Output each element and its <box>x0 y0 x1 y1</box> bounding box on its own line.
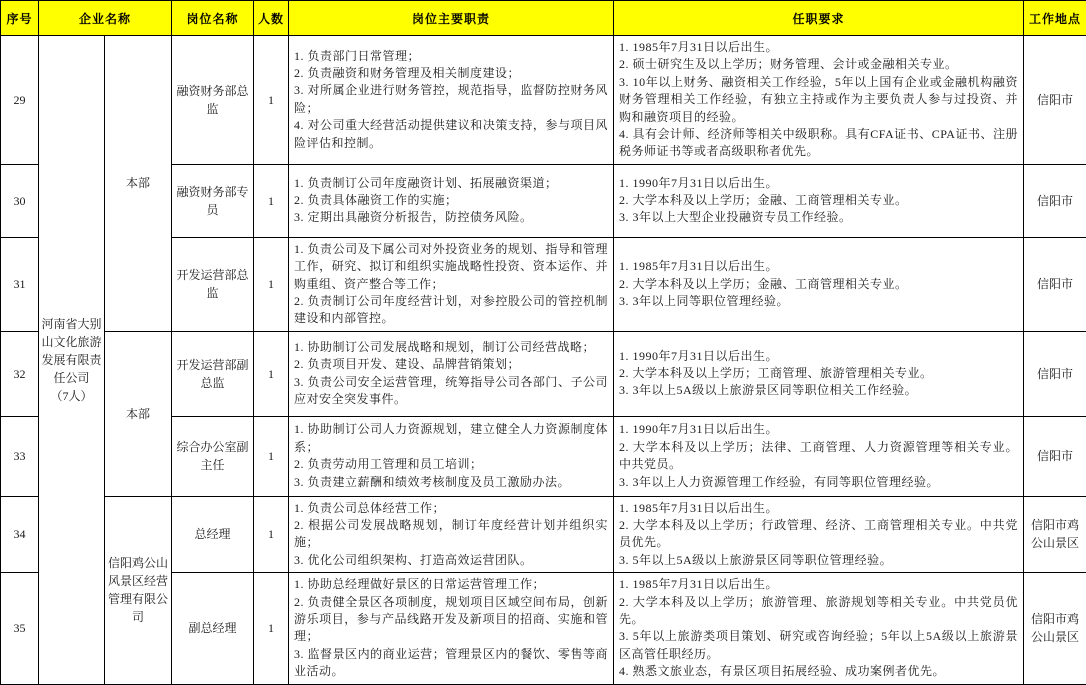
position-cell: 总经理 <box>172 496 254 573</box>
header-company: 企业名称 <box>39 1 172 36</box>
requirements-cell: 1. 1990年7月31日以后出生。 2. 大学本科及以上学历；法律、工商管理、… <box>614 416 1024 496</box>
serial-cell: 33 <box>1 416 39 496</box>
position-cell: 开发运营部副总监 <box>172 331 254 416</box>
duties-cell: 1. 负责公司总体经营工作； 2. 根据公司发展战略规划，制订年度经营计划并组织… <box>289 496 614 573</box>
duties-cell: 1. 协助制订公司发展战略和规划，制订公司经营战略； 2. 负责项目开发、建设、… <box>289 331 614 416</box>
duties-cell: 1. 负责制订公司年度融资计划、拓展融资渠道； 2. 负责具体融资工作的实施； … <box>289 164 614 237</box>
count-cell: 1 <box>254 164 289 237</box>
serial-cell: 35 <box>1 573 39 684</box>
duties-cell: 1. 负责部门日常管理； 2. 负责融资和财务管理及相关制度建设； 3. 对所属… <box>289 36 614 165</box>
header-serial: 序号 <box>1 1 39 36</box>
serial-cell: 29 <box>1 36 39 165</box>
location-cell: 信阳市鸡公山景区 <box>1024 496 1086 573</box>
requirements-cell: 1. 1985年7月31日以后出生。 2. 硕士研究生及以上学历；财务管理、会计… <box>614 36 1024 165</box>
count-cell: 1 <box>254 496 289 573</box>
unit-cell: 信阳鸡公山风景区经营管理有限公司 <box>105 496 172 684</box>
position-cell: 融资财务部总监 <box>172 36 254 165</box>
header-row: 序号 企业名称 岗位名称 人数 岗位主要职责 任职要求 工作地点 <box>1 1 1086 36</box>
count-cell: 1 <box>254 416 289 496</box>
count-cell: 1 <box>254 573 289 684</box>
requirements-cell: 1. 1990年7月31日以后出生。 2. 大学本科及以上学历；工商管理、旅游管… <box>614 331 1024 416</box>
recruitment-table: 序号 企业名称 岗位名称 人数 岗位主要职责 任职要求 工作地点 29 河南省大… <box>0 0 1086 685</box>
location-cell: 信阳市 <box>1024 164 1086 237</box>
location-cell: 信阳市 <box>1024 416 1086 496</box>
requirements-cell: 1. 1985年7月31日以后出生。 2. 大学本科及以上学历；旅游管理、旅游规… <box>614 573 1024 684</box>
serial-cell: 30 <box>1 164 39 237</box>
unit-cell: 本部 <box>105 36 172 332</box>
location-cell: 信阳市 <box>1024 36 1086 165</box>
requirements-cell: 1. 1990年7月31日以后出生。 2. 大学本科及以上学历；金融、工商管理相… <box>614 164 1024 237</box>
header-requirements: 任职要求 <box>614 1 1024 36</box>
table-row: 29 河南省大别山文化旅游发展有限责任公司 （7人） 本部 融资财务部总监 1 … <box>1 36 1086 165</box>
serial-cell: 34 <box>1 496 39 573</box>
serial-cell: 31 <box>1 237 39 331</box>
duties-cell: 1. 负责公司及下属公司对外投资业务的规划、指导和管理工作，研究、拟订和组织实施… <box>289 237 614 331</box>
header-position: 岗位名称 <box>172 1 254 36</box>
requirements-cell: 1. 1985年7月31日以后出生。 2. 大学本科及以上学历；金融、工商管理相… <box>614 237 1024 331</box>
position-cell: 综合办公室副主任 <box>172 416 254 496</box>
table-row: 34 信阳鸡公山风景区经营管理有限公司 总经理 1 1. 负责公司总体经营工作；… <box>1 496 1086 573</box>
header-location: 工作地点 <box>1024 1 1086 36</box>
header-duties: 岗位主要职责 <box>289 1 614 36</box>
position-cell: 副总经理 <box>172 573 254 684</box>
count-cell: 1 <box>254 237 289 331</box>
duties-cell: 1. 协助制订公司人力资源规划，建立健全人力资源制度体系； 2. 负责劳动用工管… <box>289 416 614 496</box>
requirements-cell: 1. 1985年7月31日以后出生。 2. 大学本科及以上学历；行政管理、经济、… <box>614 496 1024 573</box>
location-cell: 信阳市 <box>1024 331 1086 416</box>
location-cell: 信阳市鸡公山景区 <box>1024 573 1086 684</box>
company-cell: 河南省大别山文化旅游发展有限责任公司 （7人） <box>39 36 105 685</box>
location-cell: 信阳市 <box>1024 237 1086 331</box>
header-count: 人数 <box>254 1 289 36</box>
position-cell: 融资财务部专员 <box>172 164 254 237</box>
serial-cell: 32 <box>1 331 39 416</box>
position-cell: 开发运营部总监 <box>172 237 254 331</box>
unit-cell: 本部 <box>105 331 172 496</box>
duties-cell: 1. 协助总经理做好景区的日常运营管理工作； 2. 负责健全景区各项制度，规划项… <box>289 573 614 684</box>
table-row: 32 本部 开发运营部副总监 1 1. 协助制订公司发展战略和规划，制订公司经营… <box>1 331 1086 416</box>
count-cell: 1 <box>254 36 289 165</box>
count-cell: 1 <box>254 331 289 416</box>
